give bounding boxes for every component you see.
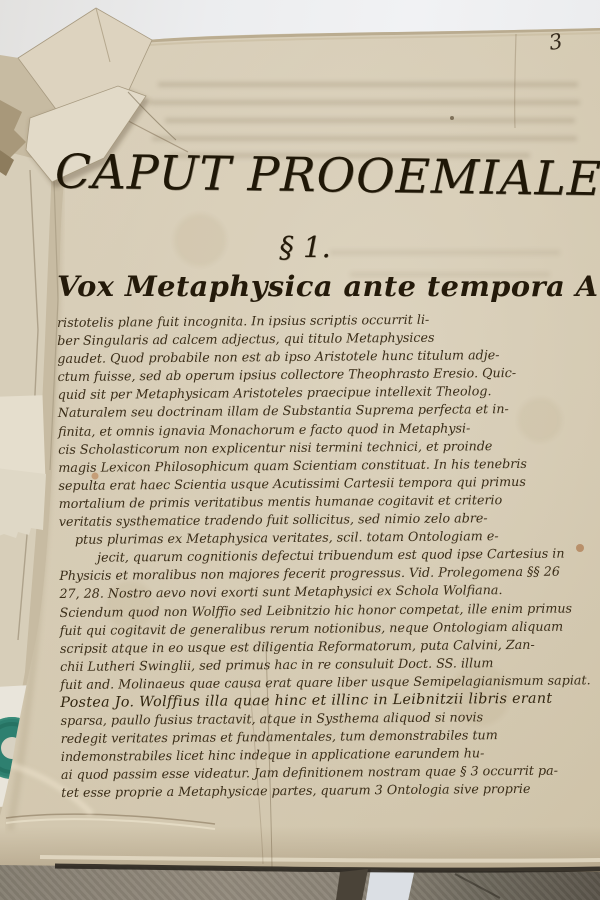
chapter-heading: CAPUT PROOEMIALE — [55, 145, 556, 207]
section-mark: § 1. — [0, 230, 600, 264]
manuscript-body: ristotelis plane fuit incognita. In ipsi… — [57, 310, 576, 803]
manuscript-photo: 3 CAPUT PROOEMIALE § 1. Vox Metaphysica … — [0, 0, 600, 900]
opening-line: Vox Metaphysica ante tempora A: — [57, 270, 600, 303]
repair-patch — [0, 395, 46, 538]
cover-debris — [336, 869, 368, 900]
